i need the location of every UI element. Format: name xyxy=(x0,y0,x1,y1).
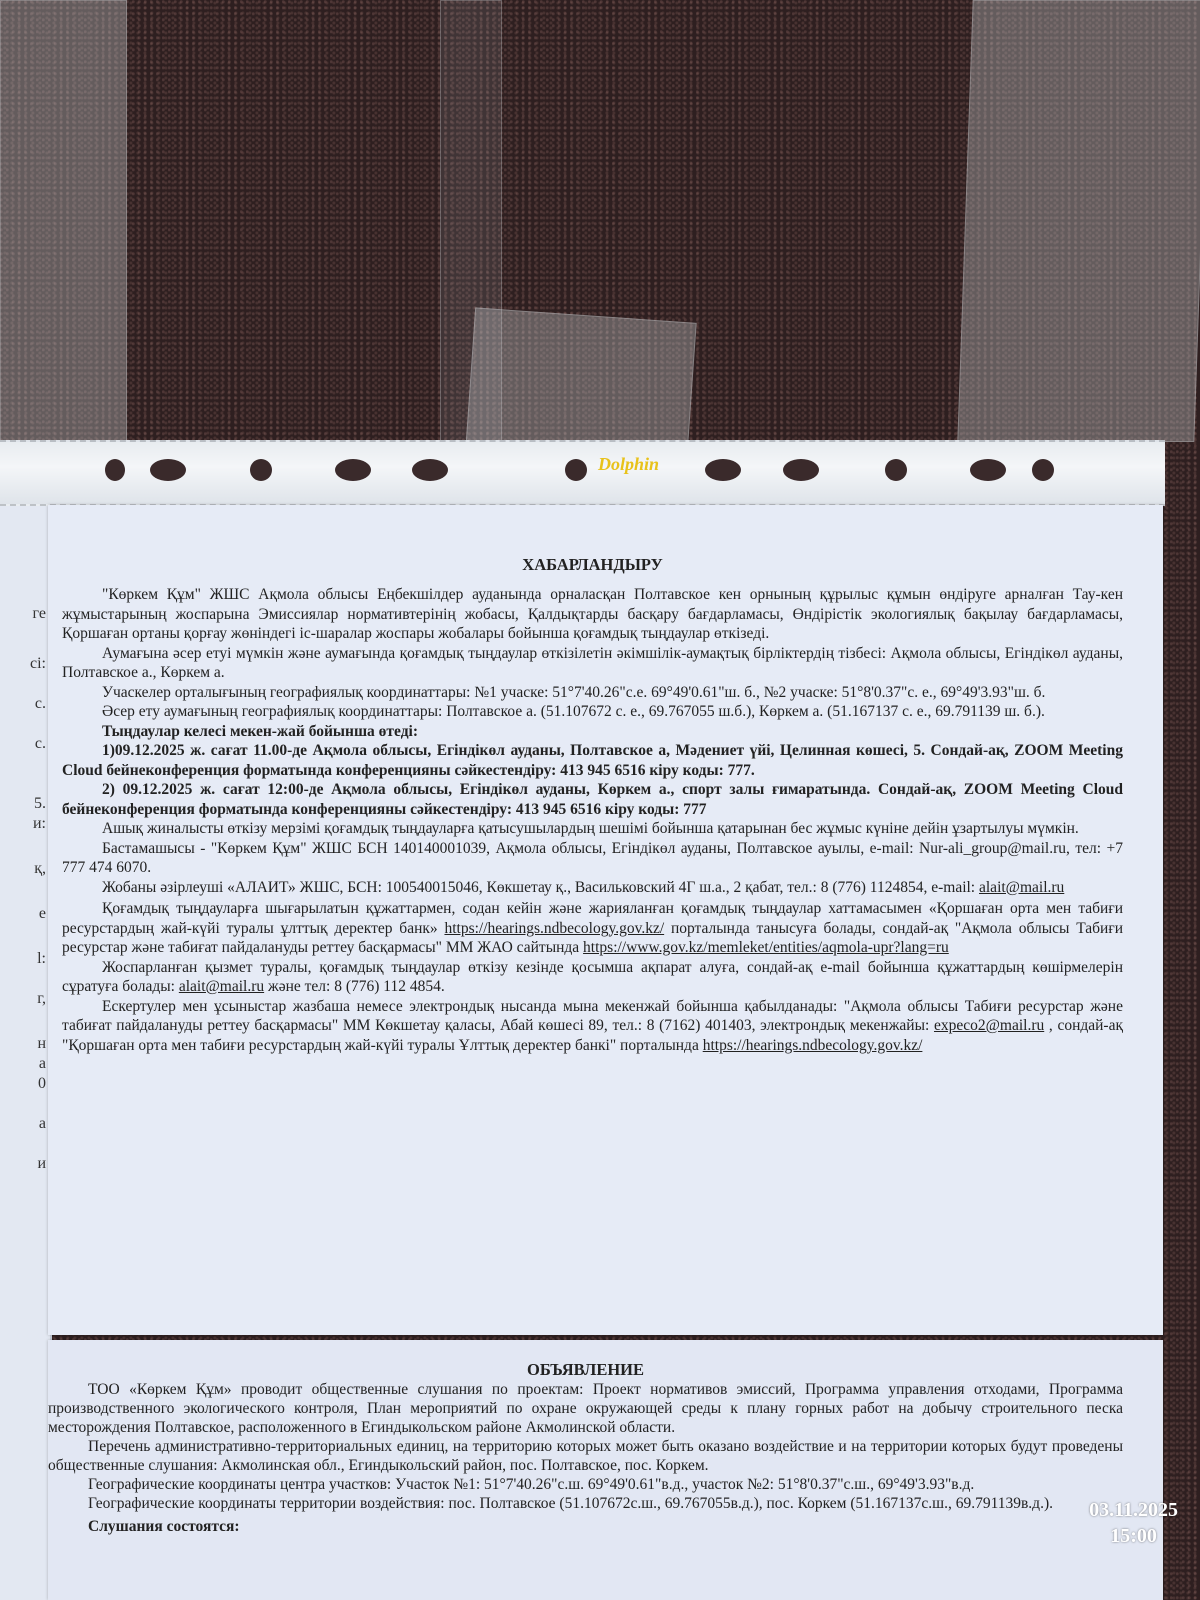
left-sheet-text-fragment: 0 xyxy=(38,1075,46,1093)
notice-paragraph: Аумағына әсер етуі мүмкін және аумағында… xyxy=(62,644,1123,683)
binder-hole xyxy=(105,459,125,481)
notice-title: ХАБАРЛАНДЫРУ xyxy=(62,555,1123,575)
plastic-sleeve-binding-strip: Dolphin xyxy=(0,440,1165,506)
notice-paragraph: ТОО «Көркем Құм» проводит общественные с… xyxy=(48,1380,1123,1437)
left-sheet-text-fragment: н xyxy=(37,1035,46,1053)
left-sheet-text-fragment: и: xyxy=(33,815,46,833)
binder-hole xyxy=(885,459,907,481)
left-sheet-text-fragment: сі: xyxy=(30,655,46,673)
binder-hole xyxy=(250,459,272,481)
remarks-portal-link[interactable]: https://hearings.ndbecology.gov.kz/ xyxy=(703,1037,923,1054)
binder-hole xyxy=(1032,459,1054,481)
binder-hole xyxy=(335,459,371,481)
documents-paragraph: Қоғамдық тыңдауларға шығарылатын құжатта… xyxy=(62,899,1123,958)
binder-hole xyxy=(783,459,819,481)
photo-timestamp: 03.11.2025 15:00 xyxy=(1089,1497,1178,1549)
developer-paragraph: Жобаны әзірлеуші «АЛАИТ» ЖШС, БСН: 10054… xyxy=(62,878,1123,898)
brand-logo: Dolphin xyxy=(598,454,659,475)
binder-hole xyxy=(705,459,741,481)
left-sheet-text-fragment: 5. xyxy=(34,795,46,813)
binder-hole xyxy=(150,459,186,481)
remarks-email-link[interactable]: expeco2@mail.ru xyxy=(934,1017,1044,1034)
left-sheet-text-fragment: с. xyxy=(35,735,46,753)
left-sheet-text-fragment: ге xyxy=(33,605,46,623)
left-sheet-text-fragment: а xyxy=(39,1055,46,1073)
notice-title: ОБЪЯВЛЕНИЕ xyxy=(48,1360,1123,1380)
tape-strip xyxy=(957,0,1200,442)
info-phone: және тел: 8 (776) 112 4854. xyxy=(264,978,445,995)
hearings-heading: Слушания состоятся: xyxy=(48,1517,1123,1536)
notice-paragraph: Географические координаты территории воз… xyxy=(48,1494,1123,1513)
notice-paragraph: "Көркем Құм" ЖШС Ақмола облысы Еңбекшілд… xyxy=(62,585,1123,644)
developer-text: Жобаны әзірлеуші «АЛАИТ» ЖШС, БСН: 10054… xyxy=(102,879,979,896)
notice-paragraph: Географические координаты центра участко… xyxy=(48,1475,1123,1494)
info-email-link[interactable]: alait@mail.ru xyxy=(179,978,264,995)
info-paragraph: Жоспарланған қызмет туралы, қоғамдық тың… xyxy=(62,958,1123,997)
hearings-portal-link[interactable]: https://hearings.ndbecology.gov.kz/ xyxy=(444,920,664,937)
left-sheet-text-fragment: қ, xyxy=(34,860,46,878)
left-sheet-text-fragment: с. xyxy=(35,695,46,713)
left-sheet-text-fragment: l: xyxy=(37,950,46,968)
timestamp-date: 03.11.2025 xyxy=(1089,1497,1178,1523)
left-partial-sheet: гесі:с.с.5.и:қ,еl:г,на0аи xyxy=(0,460,52,1600)
kazakh-notice-sheet: ХАБАРЛАНДЫРУ "Көркем Құм" ЖШС Ақмола обл… xyxy=(48,505,1163,1335)
initiator-paragraph: Бастамашысы - "Көркем Құм" ЖШС БСН 14014… xyxy=(62,839,1123,878)
developer-email-link[interactable]: alait@mail.ru xyxy=(979,879,1064,896)
binder-hole xyxy=(412,459,448,481)
extension-paragraph: Ашық жиналысты өткізу мерзімі қоғамдық т… xyxy=(62,819,1123,839)
notice-paragraph: Перечень административно-территориальных… xyxy=(48,1437,1123,1475)
binder-hole xyxy=(970,459,1006,481)
tape-strip xyxy=(0,0,127,462)
left-sheet-text-fragment: е xyxy=(39,905,46,923)
notice-paragraph: Әсер ету аумағының географиялық координа… xyxy=(62,702,1123,722)
left-sheet-text-fragment: г, xyxy=(37,990,46,1008)
left-sheet-text-fragment: а xyxy=(39,1115,46,1133)
notice-paragraph: Учаскелер орталығының географиялық коорд… xyxy=(62,683,1123,703)
hearing-item-2: 2) 09.12.2025 ж. сағат 12:00-де Ақмола о… xyxy=(62,780,1123,819)
russian-notice-sheet: ОБЪЯВЛЕНИЕ ТОО «Көркем Құм» проводит общ… xyxy=(48,1340,1163,1600)
binder-hole xyxy=(565,459,587,481)
left-sheet-text-fragment: и xyxy=(37,1155,46,1173)
hearings-heading: Тыңдаулар келесі мекен-жай бойынша өтеді… xyxy=(62,722,1123,742)
timestamp-time: 15:00 xyxy=(1089,1523,1178,1549)
hearing-item-1: 1)09.12.2025 ж. сағат 11.00-де Ақмола об… xyxy=(62,741,1123,780)
gov-kz-link[interactable]: https://www.gov.kz/memleket/entities/aqm… xyxy=(583,939,949,956)
remarks-paragraph: Ескертулер мен ұсыныстар жазбаша немесе … xyxy=(62,997,1123,1056)
